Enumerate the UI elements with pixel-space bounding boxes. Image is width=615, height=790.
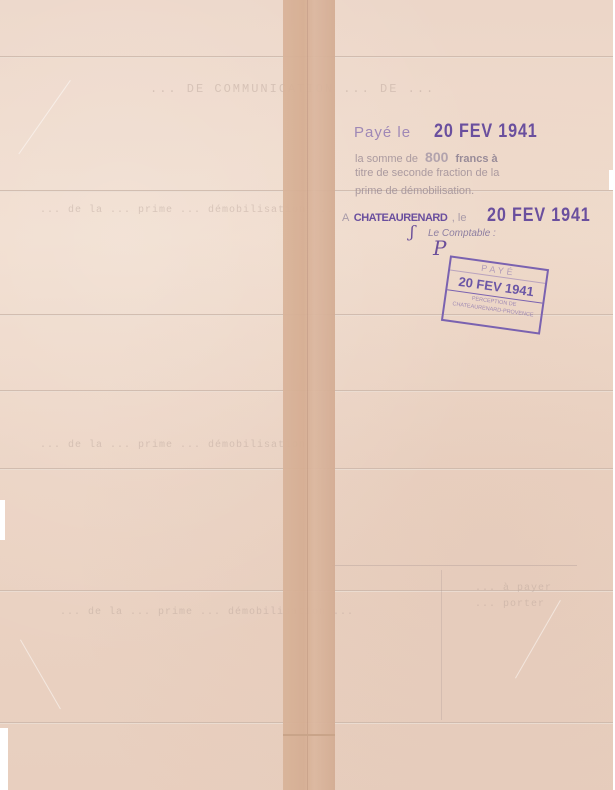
faint-column-header: ... à payer <box>475 583 552 594</box>
faint-table-rule <box>332 565 577 566</box>
amount-prefix: la somme de <box>355 153 418 165</box>
repair-tape-strip <box>283 0 335 790</box>
amount-suffix: francs à <box>455 153 497 165</box>
torn-edge <box>0 728 8 790</box>
place-stamp: CHATEAURENARD <box>354 212 448 224</box>
tape-overlap <box>283 734 335 736</box>
faint-column-header: ... porter <box>475 599 545 610</box>
place-date-stamp: 20 FEV 1941 <box>487 205 591 227</box>
torn-edge <box>0 500 5 540</box>
initial-mark: ʃ <box>410 222 414 241</box>
fraction-line: titre de seconde fraction de la <box>355 167 499 179</box>
amount-value: 800 <box>425 149 448 165</box>
place-line: A CHATEAURENARD , le 20 FEV 1941 <box>342 205 609 227</box>
torn-edge <box>609 170 615 190</box>
paid-cachet-stamp: PAYÉ 20 FEV 1941 PERCEPTION DE CHATEAURE… <box>441 255 549 334</box>
paid-label: Payé le <box>354 124 411 141</box>
signature: P <box>433 236 446 260</box>
paid-date-stamp: 20 FEV 1941 <box>434 121 538 143</box>
paid-line: Payé le 20 FEV 1941 <box>354 121 555 143</box>
faint-table-rule <box>441 570 442 720</box>
amount-line: la somme de 800 francs à <box>355 149 498 165</box>
prime-line: prime de démobilisation. <box>355 185 474 197</box>
place-prefix: A <box>342 212 349 224</box>
place-suffix: , le <box>452 212 467 224</box>
